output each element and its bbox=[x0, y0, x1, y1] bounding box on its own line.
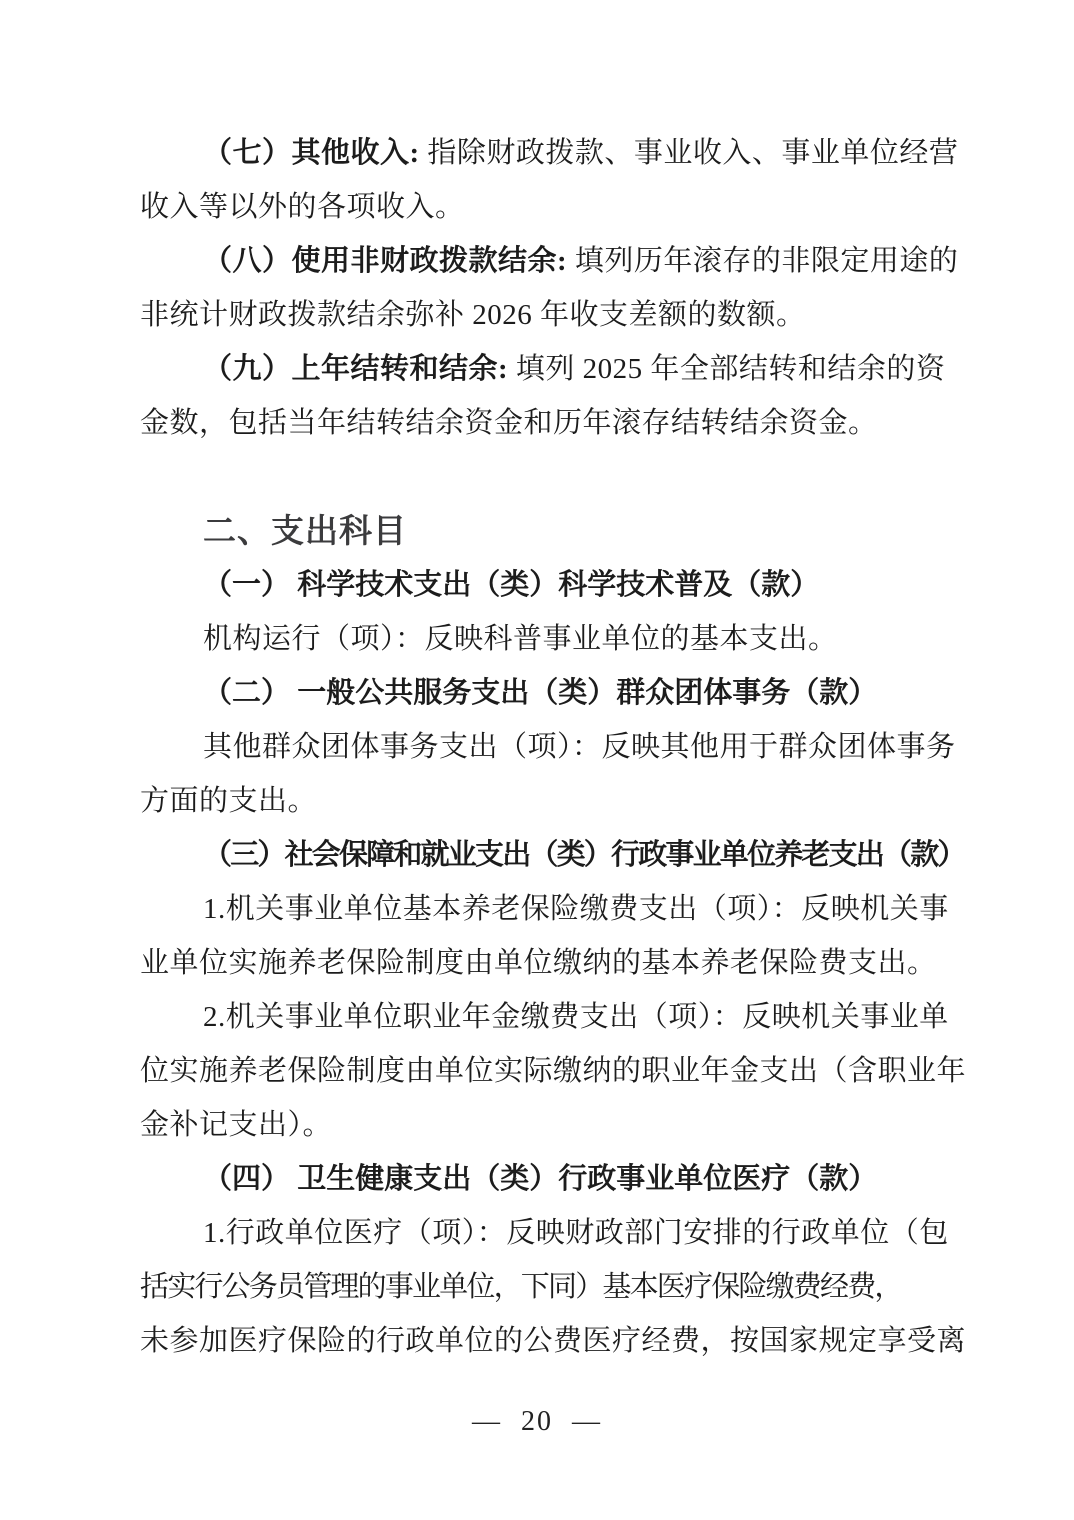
subheading-social-security: （三）社会保障和就业支出（类）行政事业单位养老支出（款） bbox=[140, 828, 940, 882]
paragraph-line-nonfiscal-balance: （八）使用非财政拨款结余: 填列历年滚存的非限定用途的 bbox=[140, 234, 940, 288]
section-heading-expenditure: 二、支出科目 bbox=[140, 504, 940, 558]
body-text: 2.机关事业单位职业年金缴费支出（项）：反映机关事业单 bbox=[203, 1001, 949, 1033]
paragraph-line: 1.行政单位医疗（项）：反映财政部门安排的行政单位（包 bbox=[140, 1206, 940, 1260]
paragraph-line: 其他群众团体事务支出（项）：反映其他用于群众团体事务 bbox=[140, 720, 940, 774]
body-text: 机构运行（项）：反映科普事业单位的基本支出。 bbox=[203, 623, 838, 655]
body-text: 1.机关事业单位基本养老保险缴费支出（项）：反映机关事 bbox=[203, 893, 949, 925]
blank-line bbox=[140, 450, 940, 504]
paragraph-line-carryover: （九）上年结转和结余: 填列 2025 年全部结转和结余的资 bbox=[140, 342, 940, 396]
subheading-text: （四） 卫生健康支出（类）行政事业单位医疗（款） bbox=[203, 1163, 877, 1195]
body-text: 1.行政单位医疗（项）：反映财政部门安排的行政单位（包 bbox=[203, 1217, 949, 1249]
body-text: 金补记支出）。 bbox=[140, 1109, 332, 1141]
paragraph-line: 1.机关事业单位基本养老保险缴费支出（项）：反映机关事 bbox=[140, 882, 940, 936]
body-text: 位实施养老保险制度由单位实际缴纳的职业年金支出（含职业年 bbox=[140, 1055, 966, 1087]
paragraph-line: 金补记支出）。 bbox=[140, 1098, 940, 1152]
paragraph-line: 未参加医疗保险的行政单位的公费医疗经费，按国家规定享受离 bbox=[140, 1314, 940, 1368]
body-text: 未参加医疗保险的行政单位的公费医疗经费，按国家规定享受离 bbox=[140, 1325, 966, 1357]
page-number: — 20 — bbox=[0, 1406, 1074, 1438]
section-heading-text: 二、支出科目 bbox=[203, 512, 407, 549]
bold-lead-label: （九）上年结转和结余: bbox=[203, 353, 508, 385]
body-text: 方面的支出。 bbox=[140, 785, 317, 817]
paragraph-line: 收入等以外的各项收入。 bbox=[140, 180, 940, 234]
paragraph-line: 业单位实施养老保险制度由单位缴纳的基本养老保险费支出。 bbox=[140, 936, 940, 990]
paragraph-line: 金数，包括当年结转结余资金和历年滚存结转结余资金。 bbox=[140, 396, 940, 450]
subheading-public-service: （二） 一般公共服务支出（类）群众团体事务（款） bbox=[140, 666, 940, 720]
paragraph-line-other-income: （七）其他收入: 指除财政拨款、事业收入、事业单位经营 bbox=[140, 126, 940, 180]
document-page: （七）其他收入: 指除财政拨款、事业收入、事业单位经营 收入等以外的各项收入。 … bbox=[0, 0, 1074, 1520]
body-text: 括实行公务员管理的事业单位，下同）基本医疗保险缴费经费， bbox=[140, 1271, 902, 1303]
subheading-science-tech: （一） 科学技术支出（类）科学技术普及（款） bbox=[140, 558, 940, 612]
subheading-text: （二） 一般公共服务支出（类）群众团体事务（款） bbox=[203, 677, 877, 709]
body-text: 指除财政拨款、事业收入、事业单位经营 bbox=[420, 137, 959, 169]
body-text: 业单位实施养老保险制度由单位缴纳的基本养老保险费支出。 bbox=[140, 947, 937, 979]
body-text: 其他群众团体事务支出（项）：反映其他用于群众团体事务 bbox=[203, 731, 956, 763]
paragraph-line: 方面的支出。 bbox=[140, 774, 940, 828]
subheading-health: （四） 卫生健康支出（类）行政事业单位医疗（款） bbox=[140, 1152, 940, 1206]
document-text-block: （七）其他收入: 指除财政拨款、事业收入、事业单位经营 收入等以外的各项收入。 … bbox=[140, 126, 940, 1368]
paragraph-line: 位实施养老保险制度由单位实际缴纳的职业年金支出（含职业年 bbox=[140, 1044, 940, 1098]
paragraph-line: 机构运行（项）：反映科普事业单位的基本支出。 bbox=[140, 612, 940, 666]
subheading-text: （一） 科学技术支出（类）科学技术普及（款） bbox=[203, 569, 819, 601]
bold-lead-label: （七）其他收入: bbox=[203, 137, 420, 169]
paragraph-line: 2.机关事业单位职业年金缴费支出（项）：反映机关事业单 bbox=[140, 990, 940, 1044]
page-number-text: — 20 — bbox=[472, 1406, 602, 1437]
body-text: 收入等以外的各项收入。 bbox=[140, 191, 465, 223]
bold-lead-label: （八）使用非财政拨款结余: bbox=[203, 245, 567, 277]
body-text: 金数，包括当年结转结余资金和历年滚存结转结余资金。 bbox=[140, 407, 878, 439]
paragraph-line: 括实行公务员管理的事业单位，下同）基本医疗保险缴费经费， bbox=[140, 1260, 940, 1314]
body-text: 填列 2025 年全部结转和结余的资 bbox=[508, 353, 945, 385]
paragraph-line: 非统计财政拨款结余弥补 2026 年收支差额的数额。 bbox=[140, 288, 940, 342]
body-text: 非统计财政拨款结余弥补 2026 年收支差额的数额。 bbox=[140, 299, 806, 331]
subheading-text: （三）社会保障和就业支出（类）行政事业单位养老支出（款） bbox=[203, 839, 965, 871]
body-text: 填列历年滚存的非限定用途的 bbox=[567, 245, 958, 277]
